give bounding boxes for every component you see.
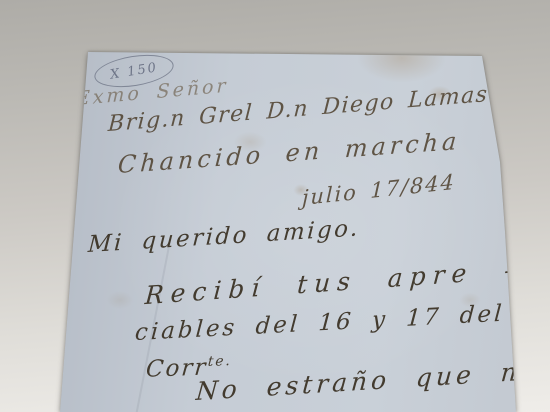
- body-line-2: ciables del 16 y 17 del: [134, 301, 505, 346]
- greeting-line: Mi querido amigo.: [87, 215, 361, 258]
- body-line-4: No estraño que no: [195, 356, 541, 406]
- place-line: Chancido en marcha: [117, 127, 461, 179]
- letter-photo: X 150 Exmo Señor Brig.n Grel D.n Diego L…: [0, 0, 550, 412]
- body-line-3-superscript: te.: [207, 353, 232, 370]
- date-line: julio 17/844: [302, 170, 457, 210]
- letter-paper: X 150 Exmo Señor Brig.n Grel D.n Diego L…: [0, 0, 550, 412]
- pencil-lot-mark-text: X 150: [109, 60, 159, 82]
